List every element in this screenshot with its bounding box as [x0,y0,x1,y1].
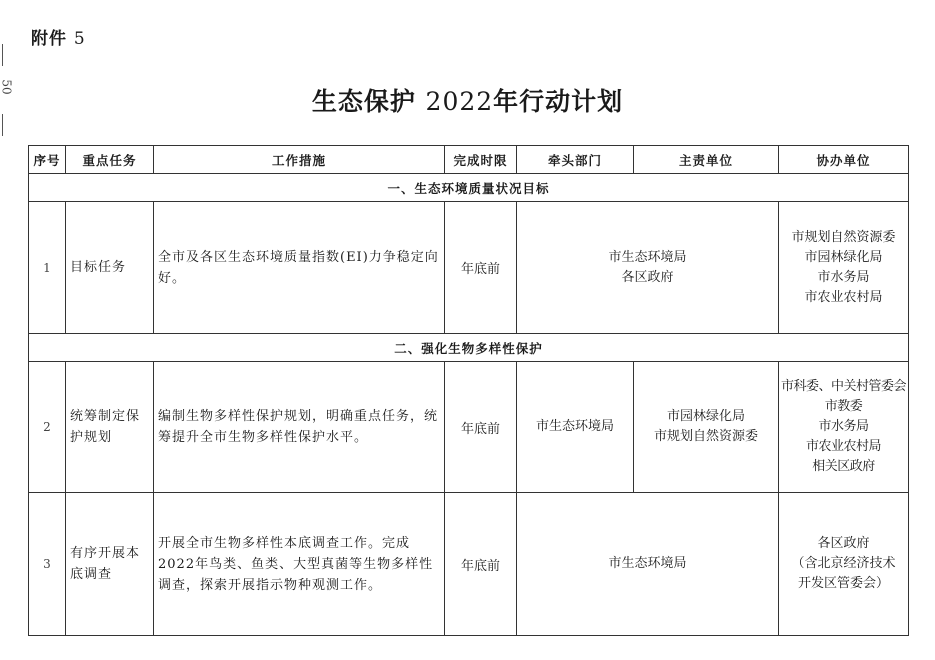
annex-label-text: 附件 [31,29,67,49]
row-assist: 市科委、中关村管委会 市教委 市水务局 市农业农村局 相关区政府 [779,362,909,493]
org-name: 开发区管委会） [783,574,904,594]
row-measures: 全市及各区生态环境质量指数(EI)力争稳定向好。 [154,202,445,334]
row-index: 1 [29,202,66,334]
row-lead-responsible: 市生态环境局 各区政府 [517,202,779,334]
row-task: 统筹制定保护规划 [66,362,154,493]
row-lead-responsible: 市生态环境局 [517,493,779,636]
org-name: 市教委 [780,397,907,417]
title-suffix: 年行动计划 [493,87,623,116]
section-row: 一、生态环境质量状况目标 [29,174,909,202]
row-responsible: 市园林绿化局 市规划自然资源委 [634,362,779,493]
header-lead: 牵头部门 [517,146,634,174]
row-measures: 开展全市生物多样性本底调查工作。完成2022年鸟类、鱼类、大型真菌等生物多样性调… [154,493,445,636]
org-name: 市水务局 [783,268,904,288]
org-name: 市规划自然资源委 [783,228,904,248]
org-name: 市农业农村局 [780,437,907,457]
org-name: 市规划自然资源委 [638,427,774,447]
org-name: 市水务局 [780,417,907,437]
header-assist: 协办单位 [779,146,909,174]
row-task: 有序开展本底调查 [66,493,154,636]
title-prefix: 生态保护 [312,87,416,116]
org-name: 相关区政府 [780,457,907,477]
row-deadline: 年底前 [445,362,517,493]
org-name: 市科委、中关村管委会 [780,377,907,397]
annex-number: 5 [74,29,86,49]
org-name: 各区政府 [783,534,904,554]
row-lead: 市生态环境局 [517,362,634,493]
org-name: 市生态环境局 [521,417,629,437]
header-deadline: 完成时限 [445,146,517,174]
org-name: （含北京经济技术 [783,554,904,574]
header-task: 重点任务 [66,146,154,174]
org-name: 市生态环境局 [521,554,774,574]
org-name: 市农业农村局 [783,288,904,308]
title-year: 2022 [426,87,494,116]
row-deadline: 年底前 [445,493,517,636]
header-index: 序号 [29,146,66,174]
margin-divider [2,44,3,66]
table-header-row: 序号 重点任务 工作措施 完成时限 牵头部门 主责单位 协办单位 [29,146,909,174]
table-row: 2 统筹制定保护规划 编制生物多样性保护规划，明确重点任务，统筹提升全市生物多样… [29,362,909,493]
row-measures: 编制生物多样性保护规划，明确重点任务，统筹提升全市生物多样性保护水平。 [154,362,445,493]
row-index: 2 [29,362,66,493]
table-row: 3 有序开展本底调查 开展全市生物多样性本底调查工作。完成2022年鸟类、鱼类、… [29,493,909,636]
org-name: 各区政府 [521,268,774,288]
row-assist: 各区政府 （含北京经济技术 开发区管委会） [779,493,909,636]
row-index: 3 [29,493,66,636]
section-row: 二、强化生物多样性保护 [29,334,909,362]
row-deadline: 年底前 [445,202,517,334]
row-assist: 市规划自然资源委 市园林绿化局 市水务局 市农业农村局 [779,202,909,334]
section-title: 一、生态环境质量状况目标 [29,174,909,202]
annex-label: 附件 5 [31,24,86,49]
page-title: 生态保护 2022年行动计划 [0,82,935,118]
action-plan-table: 序号 重点任务 工作措施 完成时限 牵头部门 主责单位 协办单位 一、生态环境质… [28,145,909,636]
header-responsible: 主责单位 [634,146,779,174]
section-title: 二、强化生物多样性保护 [29,334,909,362]
org-name: 市园林绿化局 [638,407,774,427]
table-row: 1 目标任务 全市及各区生态环境质量指数(EI)力争稳定向好。 年底前 市生态环… [29,202,909,334]
row-task: 目标任务 [66,202,154,334]
org-name: 市园林绿化局 [783,248,904,268]
header-measures: 工作措施 [154,146,445,174]
org-name: 市生态环境局 [521,248,774,268]
